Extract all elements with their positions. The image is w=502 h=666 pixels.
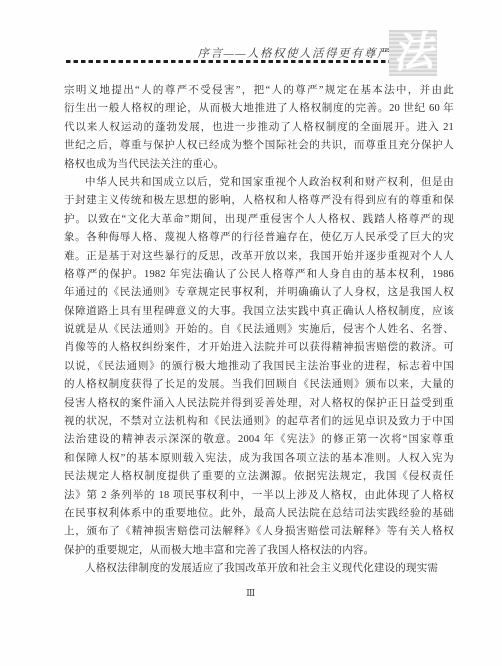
text-line: 世纪之后，尊重与保护人权已经成为整个国际社会的共识，而尊重且充分保护人 (64, 137, 454, 155)
text-line: 法》第 2 条列举的 18 项民事权利中，一半以上涉及人格权，由此体现了人格权 (64, 487, 454, 505)
page-number: Ⅲ (0, 588, 502, 599)
text-line: 保障道路上具有里程碑意义的大事。我国立法实践中真正确认人格权制度，应该 (64, 303, 454, 321)
header-divider (66, 60, 390, 63)
text-line: 象。各种侮辱人格、蔑视人格尊严的行径普遍存在，使亿万人民承受了巨大的灾 (64, 229, 454, 247)
text-line: 上，颁布了《精神损害赔偿司法解释》《人身损害赔偿司法解释》等有关人格权 (64, 523, 454, 541)
text-line: 保护的重要规定，从而极大地丰富和完善了我国人格权法的内容。 (64, 542, 454, 560)
text-line: 侵害人格权的案件涌入人民法院并得到妥善处理，对人格权的保护正日益受到重 (64, 395, 454, 413)
body-text: 宗明义地提出“人的尊严不受侵害”，把“人的尊严”规定在基本法中，并由此衍生出一般… (64, 82, 454, 579)
text-line: 年通过的《民法通则》专章规定民事权利，并明确确认了人身权，这是我国人权 (64, 284, 454, 302)
text-line: 宗明义地提出“人的尊严不受侵害”，把“人的尊严”规定在基本法中，并由此 (64, 82, 454, 100)
text-line: 中华人民共和国成立以后，党和国家重视个人政治权利和财产权利，但是由 (64, 174, 454, 192)
text-line: 以说，《民法通则》的颁行极大地推动了我国民主法治事业的进程，标志着中国 (64, 358, 454, 376)
text-line: 的人格权制度获得了长足的发展。当我们回顾自《民法通则》颁布以来，大量的 (64, 376, 454, 394)
text-line: 民法规定人格权制度提供了重要的立法渊源。依据宪法规定，我国《侵权责任 (64, 468, 454, 486)
text-line: 衍生出一般人格权的理论，从而极大地推进了人格权制度的完善。20 世纪 60 年 (64, 100, 454, 118)
text-line: 难。正是基于对这些暴行的反思，改革开放以来，我国开始并逐步重视对个人人 (64, 248, 454, 266)
text-line: 人格权法律制度的发展适应了我国改革开放和社会主义现代化建设的现实需 (64, 560, 454, 578)
text-line: 护。以致在“文化大革命”期间，出现严重侵害个人人格权、践踏人格尊严的现 (64, 211, 454, 229)
law-logo: 法 (389, 30, 437, 76)
text-line: 于封建主义传统和极左思想的影响，人格权和人格尊严没有得到应有的尊重和保 (64, 192, 454, 210)
paragraph: 中华人民共和国成立以后，党和国家重视个人政治权利和财产权利，但是由于封建主义传统… (64, 174, 454, 560)
text-line: 在民事权利体系中的重要地位。此外，最高人民法院在总结司法实践经验的基础 (64, 505, 454, 523)
paragraph: 人格权法律制度的发展适应了我国改革开放和社会主义现代化建设的现实需 (64, 560, 454, 578)
text-line: 代以来人权运动的蓬勃发展，也进一步推动了人格权制度的全面展开。进入 21 (64, 119, 454, 137)
text-line: 视的状况，不禁对立法机构和《民法通则》的起草者们的远见卓识及致力于中国 (64, 413, 454, 431)
text-line: 肖像等的人格权纠纷案件，才开始进入法院并可以获得精神损害赔偿的救济。可 (64, 339, 454, 357)
running-header-title: 序言——人格权使人活得更有尊严 (198, 45, 390, 61)
text-line: 和保障人权”的基本原则载入宪法，成为我国各项立法的基本准则。人权入宪为 (64, 450, 454, 468)
paragraph: 宗明义地提出“人的尊严不受侵害”，把“人的尊严”规定在基本法中，并由此衍生出一般… (64, 82, 454, 174)
text-line: 法治建设的精神表示深深的敬意。2004 年《宪法》的修正第一次将“国家尊重 (64, 431, 454, 449)
text-line: 格尊严的保护。1982 年宪法确认了公民人格尊严和人身自由的基本权利，1986 (64, 266, 454, 284)
book-page: 序言——人格权使人活得更有尊严 法 宗明义地提出“人的尊严不受侵害”，把“人的尊… (0, 0, 502, 666)
law-character-icon: 法 (392, 32, 435, 75)
text-line: 格权也成为当代民法关注的重心。 (64, 156, 454, 174)
text-line: 说就是从《民法通则》开始的。自《民法通则》实施后，侵害个人姓名、名誉、 (64, 321, 454, 339)
